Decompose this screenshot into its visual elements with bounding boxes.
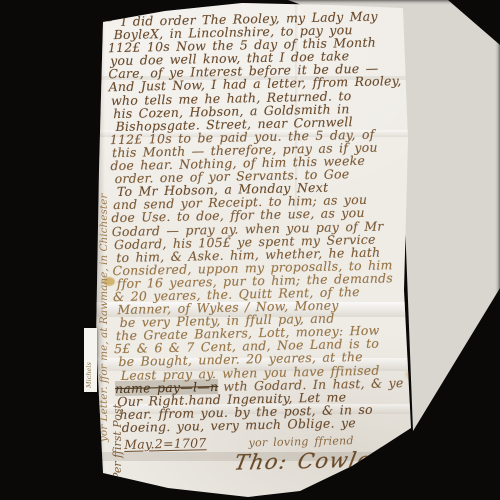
letter-body: I did order The Rooley, my Lady MayBoyle… xyxy=(107,9,419,477)
paper-edge-shadow xyxy=(96,20,105,476)
edge-strip-label: Michels xyxy=(85,362,93,388)
margin-note-address: yor Letter. ffor me, at Rawmane, in Chic… xyxy=(98,140,110,442)
signature: Tho: Cowley xyxy=(232,447,421,475)
letter-photograph: 8 I did order The Rooley, my Lady MayBoy… xyxy=(0,0,500,500)
letter-closing: yor loving ffriend xyxy=(248,434,353,449)
paper-edge-strip: Michels xyxy=(84,328,97,392)
letter-date: May.2=1707 xyxy=(124,435,207,452)
letter-lines: I did order The Rooley, my Lady MayBoyle… xyxy=(107,9,418,434)
